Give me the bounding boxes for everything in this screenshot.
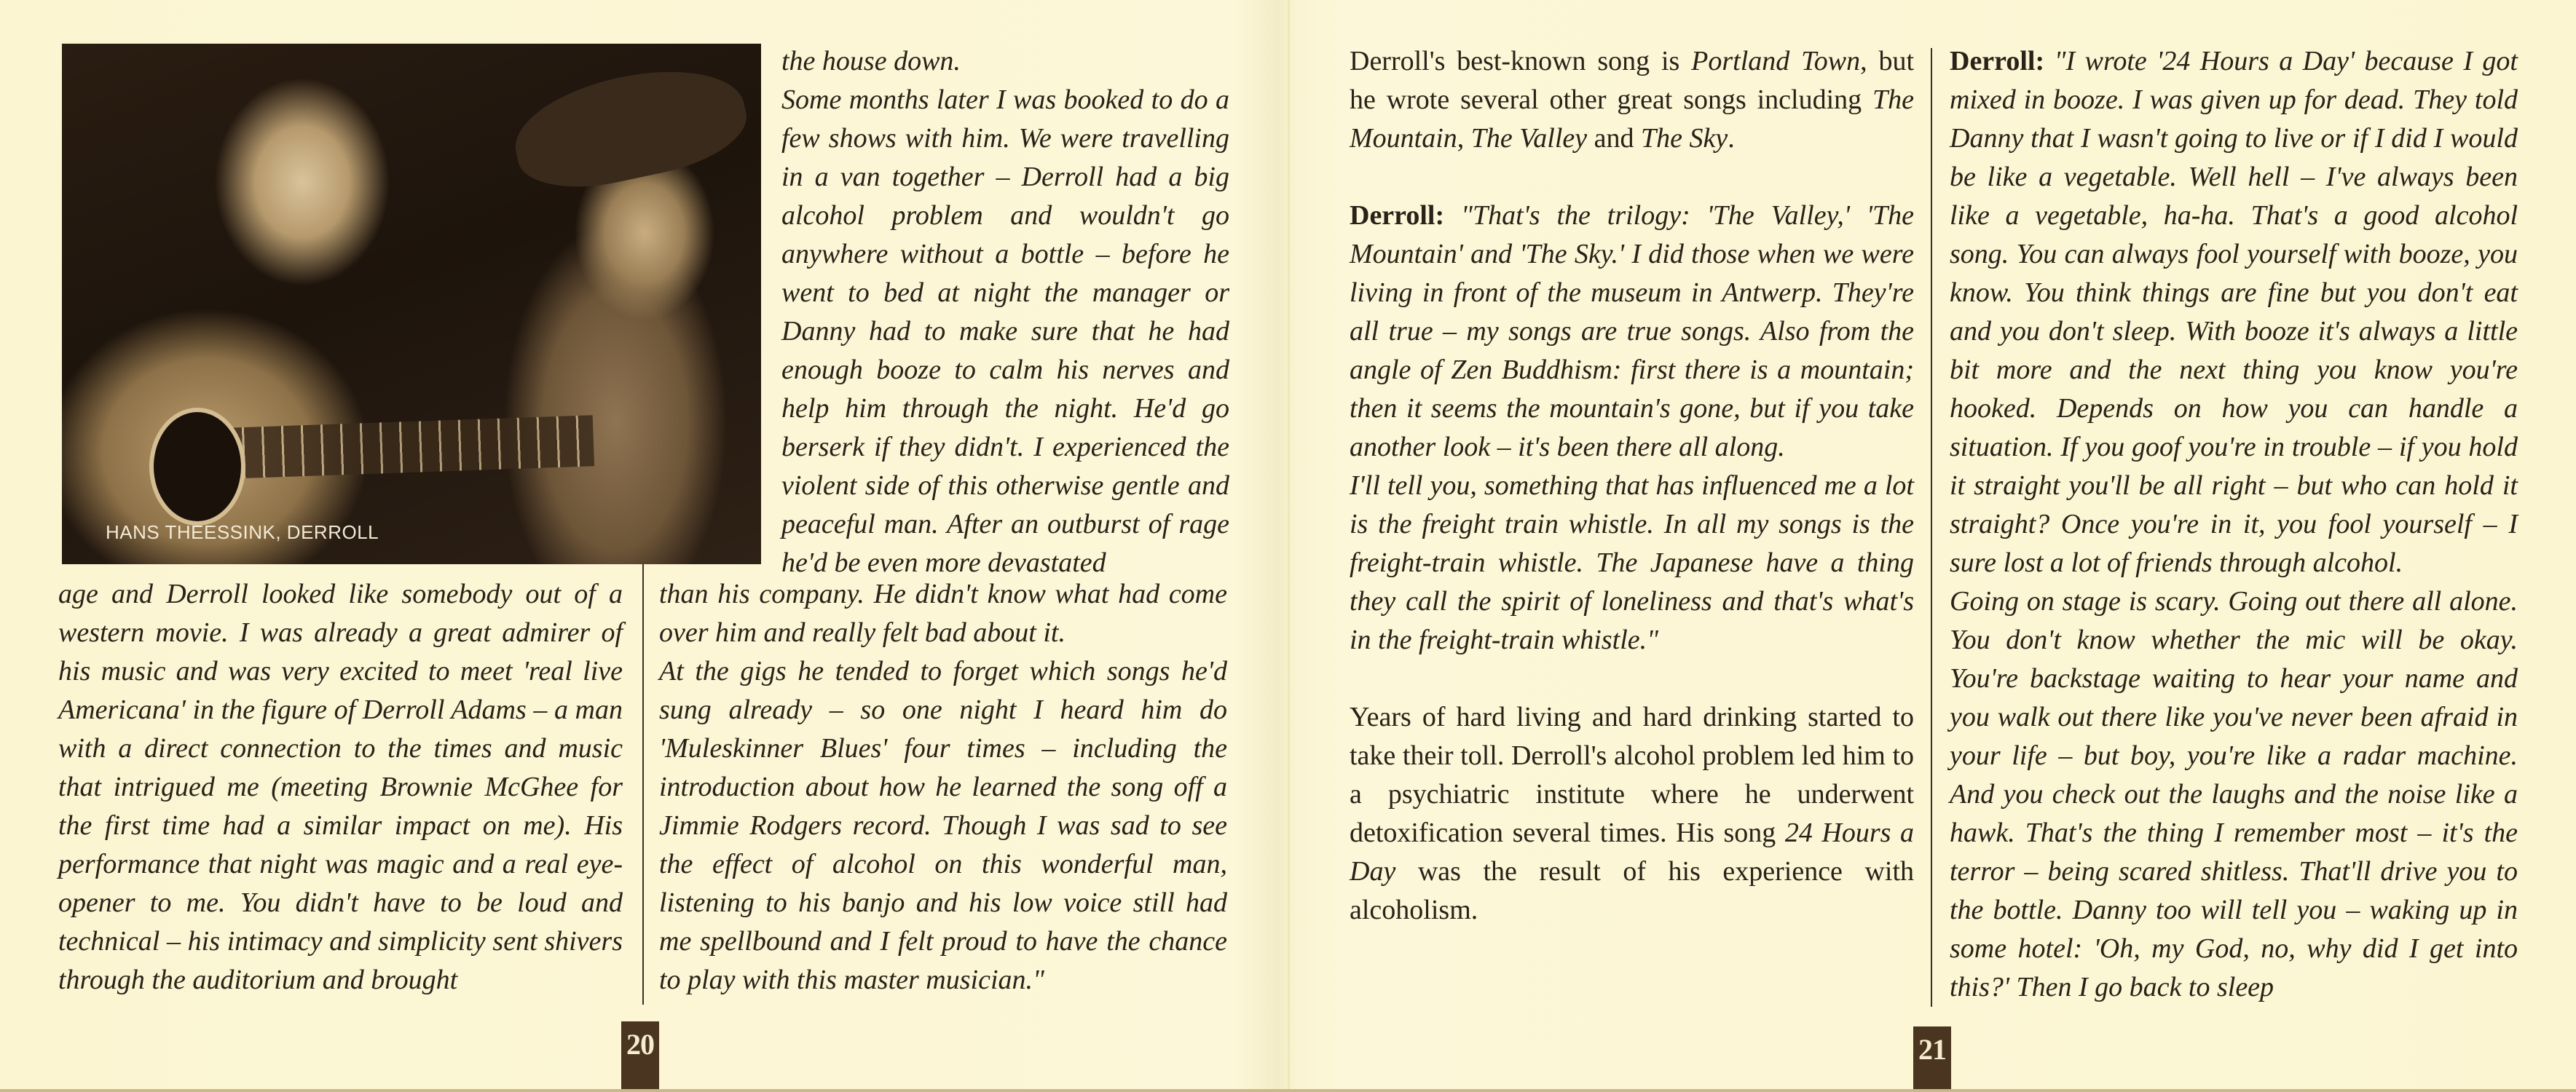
song-title: The Valley [1471, 123, 1587, 154]
paragraph: than his company. He didn't know what ha… [659, 575, 1227, 652]
booklet-bottom-edge [0, 1089, 2576, 1092]
photo-hans-theessink-derroll: HANS THEESSINK, DERROLL [62, 44, 761, 564]
text: , [1457, 123, 1471, 154]
song-title: The Sky [1641, 123, 1728, 154]
outro-paragraph: Years of hard living and hard drinking s… [1350, 698, 1914, 930]
paragraph: age and Derroll looked like somebody out… [58, 575, 623, 1000]
text: and [1587, 123, 1641, 154]
speaker-label: Derroll: [1350, 200, 1444, 231]
spine-fold [1288, 0, 1290, 1092]
quote-text: "That's the trilogy: 'The Valley,' 'The … [1350, 200, 1914, 462]
photo-caption: HANS THEESSINK, DERROLL [106, 521, 379, 544]
paragraph: At the gigs he tended to forget which so… [659, 652, 1227, 1000]
photo-guitar-neck [185, 415, 594, 480]
page-number-badge: 21 [1913, 1026, 1951, 1092]
column-divider [642, 564, 644, 1005]
left-page-column-bottom-left: age and Derroll looked like somebody out… [58, 575, 623, 1000]
intro-paragraph: Derroll's best-known song is Portland To… [1350, 42, 1914, 158]
paragraph: Some months later I was booked to do a f… [781, 81, 1229, 582]
text: . [1728, 123, 1735, 154]
quote-paragraph: I'll tell you, something that has influe… [1350, 467, 1914, 660]
photo-hat-shape [505, 53, 755, 201]
text: was the result of his experience with al… [1350, 856, 1914, 925]
quote-text: "I wrote '24 Hours a Day' because I got … [1950, 46, 2518, 578]
right-page-column-left: Derroll's best-known song is Portland To… [1350, 42, 1914, 930]
right-page-column-right: Derroll: "I wrote '24 Hours a Day' becau… [1950, 42, 2518, 1007]
paragraph: the house down. [781, 42, 1229, 81]
text: Derroll's best-known song is [1350, 46, 1691, 76]
quote-paragraph: Derroll: "That's the trilogy: 'The Valle… [1350, 197, 1914, 467]
song-title: Portland Town [1691, 46, 1860, 76]
quote-paragraph: Going on stage is scary. Going out there… [1950, 582, 2518, 1007]
column-divider [1931, 48, 1932, 1007]
page-number-badge: 20 [621, 1021, 659, 1092]
speaker-label: Derroll: [1950, 46, 2044, 76]
quote-paragraph: Derroll: "I wrote '24 Hours a Day' becau… [1950, 42, 2518, 582]
photo-guitar-soundhole [149, 408, 245, 526]
left-page-column-bottom-right: than his company. He didn't know what ha… [659, 575, 1227, 1000]
left-page-column-top-right: the house down. Some months later I was … [781, 42, 1229, 582]
